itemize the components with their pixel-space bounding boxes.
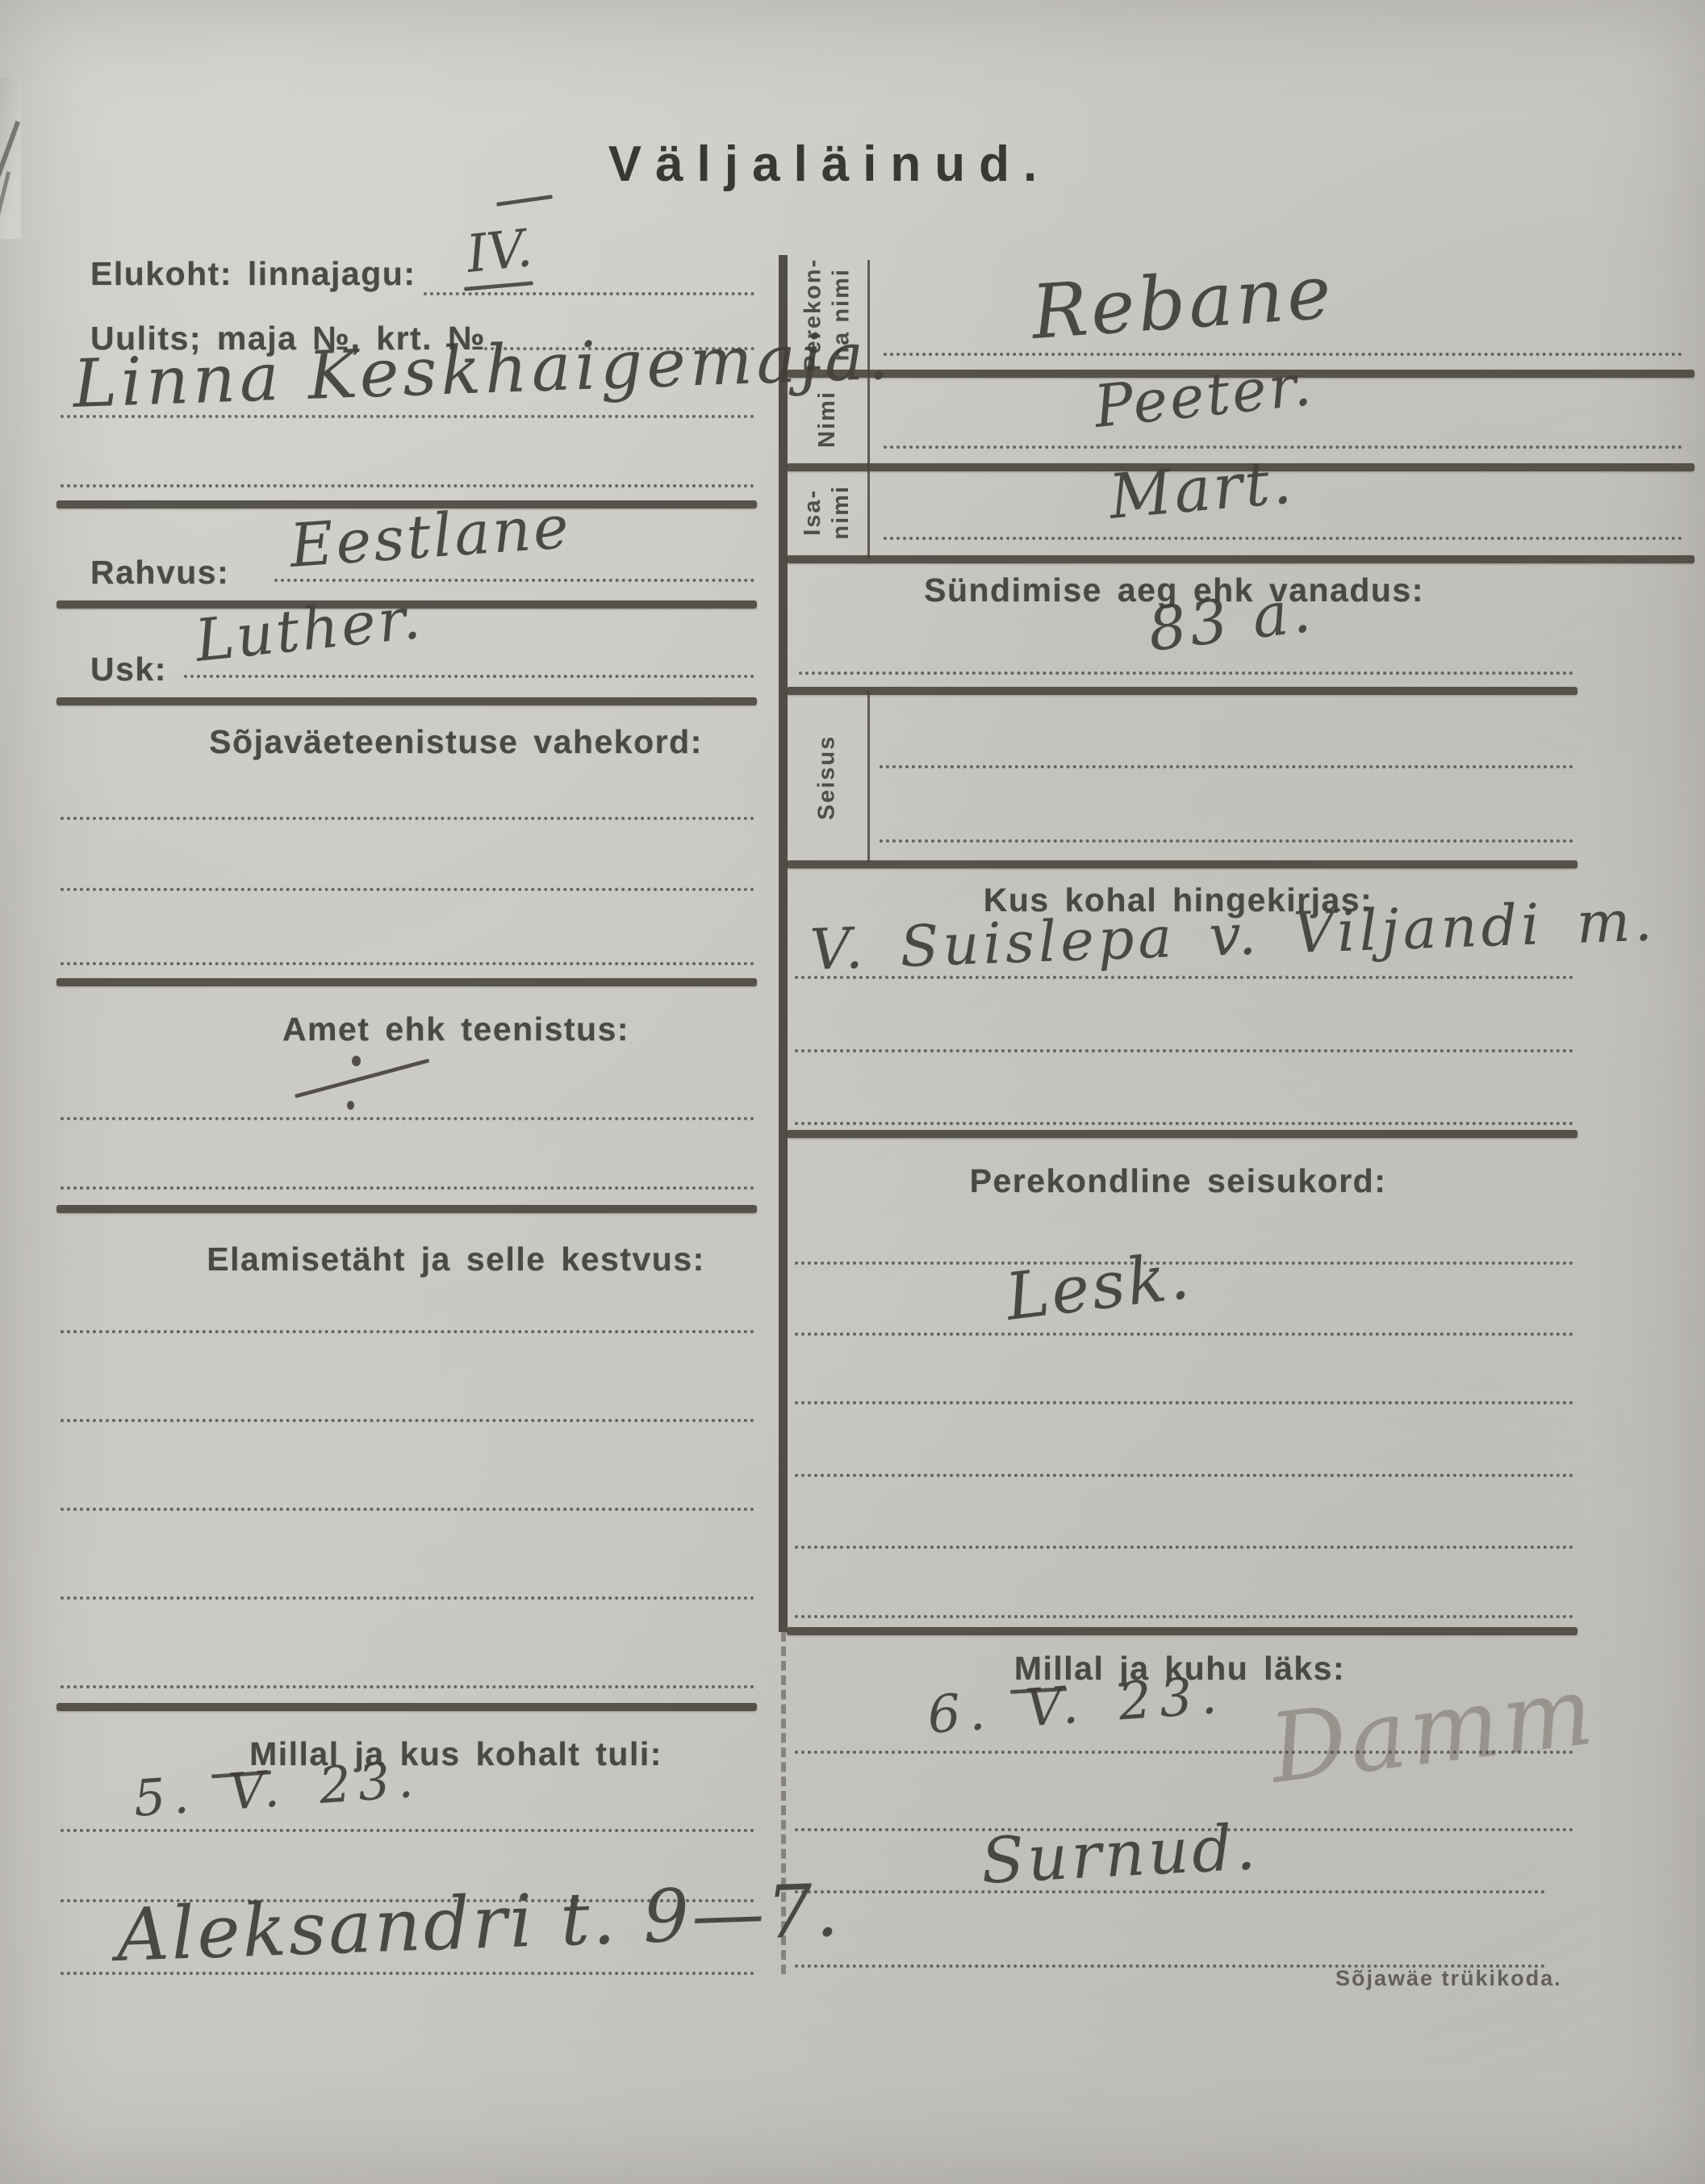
dotted-line bbox=[795, 1751, 1573, 1754]
surname-label: Perekon- na nimi bbox=[787, 260, 867, 370]
dotted-line bbox=[184, 675, 754, 678]
dotted-line bbox=[61, 484, 754, 487]
rule-line bbox=[56, 1703, 757, 1711]
rule-line bbox=[787, 860, 1578, 868]
dotted-line bbox=[61, 415, 754, 418]
dotted-line bbox=[884, 446, 1682, 449]
dotted-line bbox=[61, 1972, 754, 1975]
dotted-line bbox=[795, 1828, 1573, 1831]
dotted-line bbox=[61, 888, 754, 891]
father-name-value: Mart. bbox=[1106, 450, 1296, 528]
dotted-line bbox=[61, 1419, 754, 1422]
dotted-line bbox=[795, 1049, 1573, 1052]
dotted-line bbox=[424, 292, 754, 295]
dotted-line bbox=[61, 1685, 754, 1688]
rule-line bbox=[787, 1130, 1578, 1138]
occupation-dot bbox=[347, 1101, 354, 1110]
dotted-line bbox=[795, 1333, 1573, 1336]
dotted-line bbox=[61, 1508, 754, 1511]
dotted-line bbox=[795, 1401, 1573, 1404]
scanned-form-page: Väljaläinud. Elukoht: linnajagu: Uulits;… bbox=[0, 0, 1705, 2184]
dotted-line bbox=[795, 1261, 1573, 1265]
rule-line bbox=[787, 687, 1578, 695]
father-name-label: Isa- nimi bbox=[787, 468, 867, 557]
dotted-line bbox=[884, 537, 1682, 540]
father-name-label-line1: Isa- bbox=[800, 489, 825, 536]
dotted-line bbox=[880, 765, 1573, 768]
departure-date-value: 6. V. 23. bbox=[926, 1669, 1227, 1742]
dotted-line bbox=[484, 347, 754, 350]
surname-value: Rebane bbox=[1030, 255, 1337, 350]
occupation-dash-mark bbox=[295, 1058, 429, 1098]
scan-artifact bbox=[1693, 1816, 1705, 2074]
center-divider-dashed bbox=[781, 1632, 786, 1974]
rule-line bbox=[787, 463, 1695, 471]
residence-value: IV. bbox=[464, 223, 534, 281]
first-name-label: Nimi bbox=[787, 374, 867, 463]
rule-line bbox=[787, 370, 1695, 378]
surname-label-line2: na nimi bbox=[828, 268, 854, 362]
rule-line bbox=[56, 978, 757, 986]
dotted-line bbox=[799, 672, 1573, 675]
dotted-line bbox=[61, 1829, 754, 1832]
dotted-line bbox=[274, 579, 754, 582]
status-label: Seisus bbox=[787, 692, 867, 862]
label-column-separator bbox=[867, 260, 870, 559]
family-status-label: Perekondline seisukord: bbox=[970, 1162, 1387, 1200]
birth-value: 83 a. bbox=[1145, 581, 1317, 660]
occupation-dot bbox=[352, 1056, 361, 1066]
dotted-line bbox=[61, 962, 754, 965]
military-service-label: Sõjaväeteenistuse vahekord: bbox=[209, 723, 703, 761]
dotted-line bbox=[880, 839, 1573, 843]
rule-line bbox=[787, 555, 1695, 563]
rule-line bbox=[56, 1205, 757, 1213]
page-title: Väljaläinud. bbox=[608, 136, 1051, 193]
printer-credit: Sõjawäe trükikoda. bbox=[1335, 1966, 1562, 1991]
nationality-label: Rahvus: bbox=[90, 554, 229, 592]
dotted-line bbox=[884, 353, 1682, 356]
occupation-label: Amet ehk teenistus: bbox=[282, 1010, 629, 1048]
nationality-value: Eestlane bbox=[288, 497, 573, 576]
dotted-line bbox=[61, 1330, 754, 1333]
dotted-line bbox=[795, 1546, 1573, 1549]
rule-line bbox=[56, 600, 757, 609]
residence-permit-label: Elamisetäht ja selle kestvus: bbox=[207, 1241, 705, 1278]
dotted-line bbox=[61, 817, 754, 820]
dotted-line bbox=[61, 1899, 754, 1902]
rule-line bbox=[787, 1627, 1578, 1635]
arrival-address-value: Aleksandri t. 9—7. bbox=[115, 1875, 842, 1973]
dotted-line bbox=[795, 1122, 1573, 1125]
residence-label: Elukoht: linnajagu: bbox=[90, 255, 416, 293]
father-name-label-line2: nimi bbox=[828, 485, 854, 540]
dotted-line bbox=[795, 1890, 1545, 1893]
rule-line bbox=[56, 697, 757, 705]
surname-label-line1: Perekon- bbox=[800, 258, 825, 371]
handwritten-dash bbox=[496, 195, 553, 207]
dotted-line bbox=[795, 976, 1573, 979]
first-name-value: Peeter. bbox=[1091, 355, 1315, 436]
label-column-separator bbox=[867, 691, 870, 862]
arrival-date-value: 5. V. 23. bbox=[132, 1754, 422, 1824]
dotted-line bbox=[61, 1117, 754, 1120]
dotted-line bbox=[795, 1474, 1573, 1477]
religion-label: Usk: bbox=[90, 651, 167, 688]
parish-register-value: V. Suislepa v. Viljandi m. bbox=[809, 892, 1657, 978]
family-status-value: Lesk. bbox=[1002, 1244, 1194, 1330]
dotted-line bbox=[61, 1596, 754, 1600]
dotted-line bbox=[61, 1186, 754, 1190]
rule-line bbox=[56, 500, 757, 508]
dotted-line bbox=[795, 1615, 1573, 1618]
